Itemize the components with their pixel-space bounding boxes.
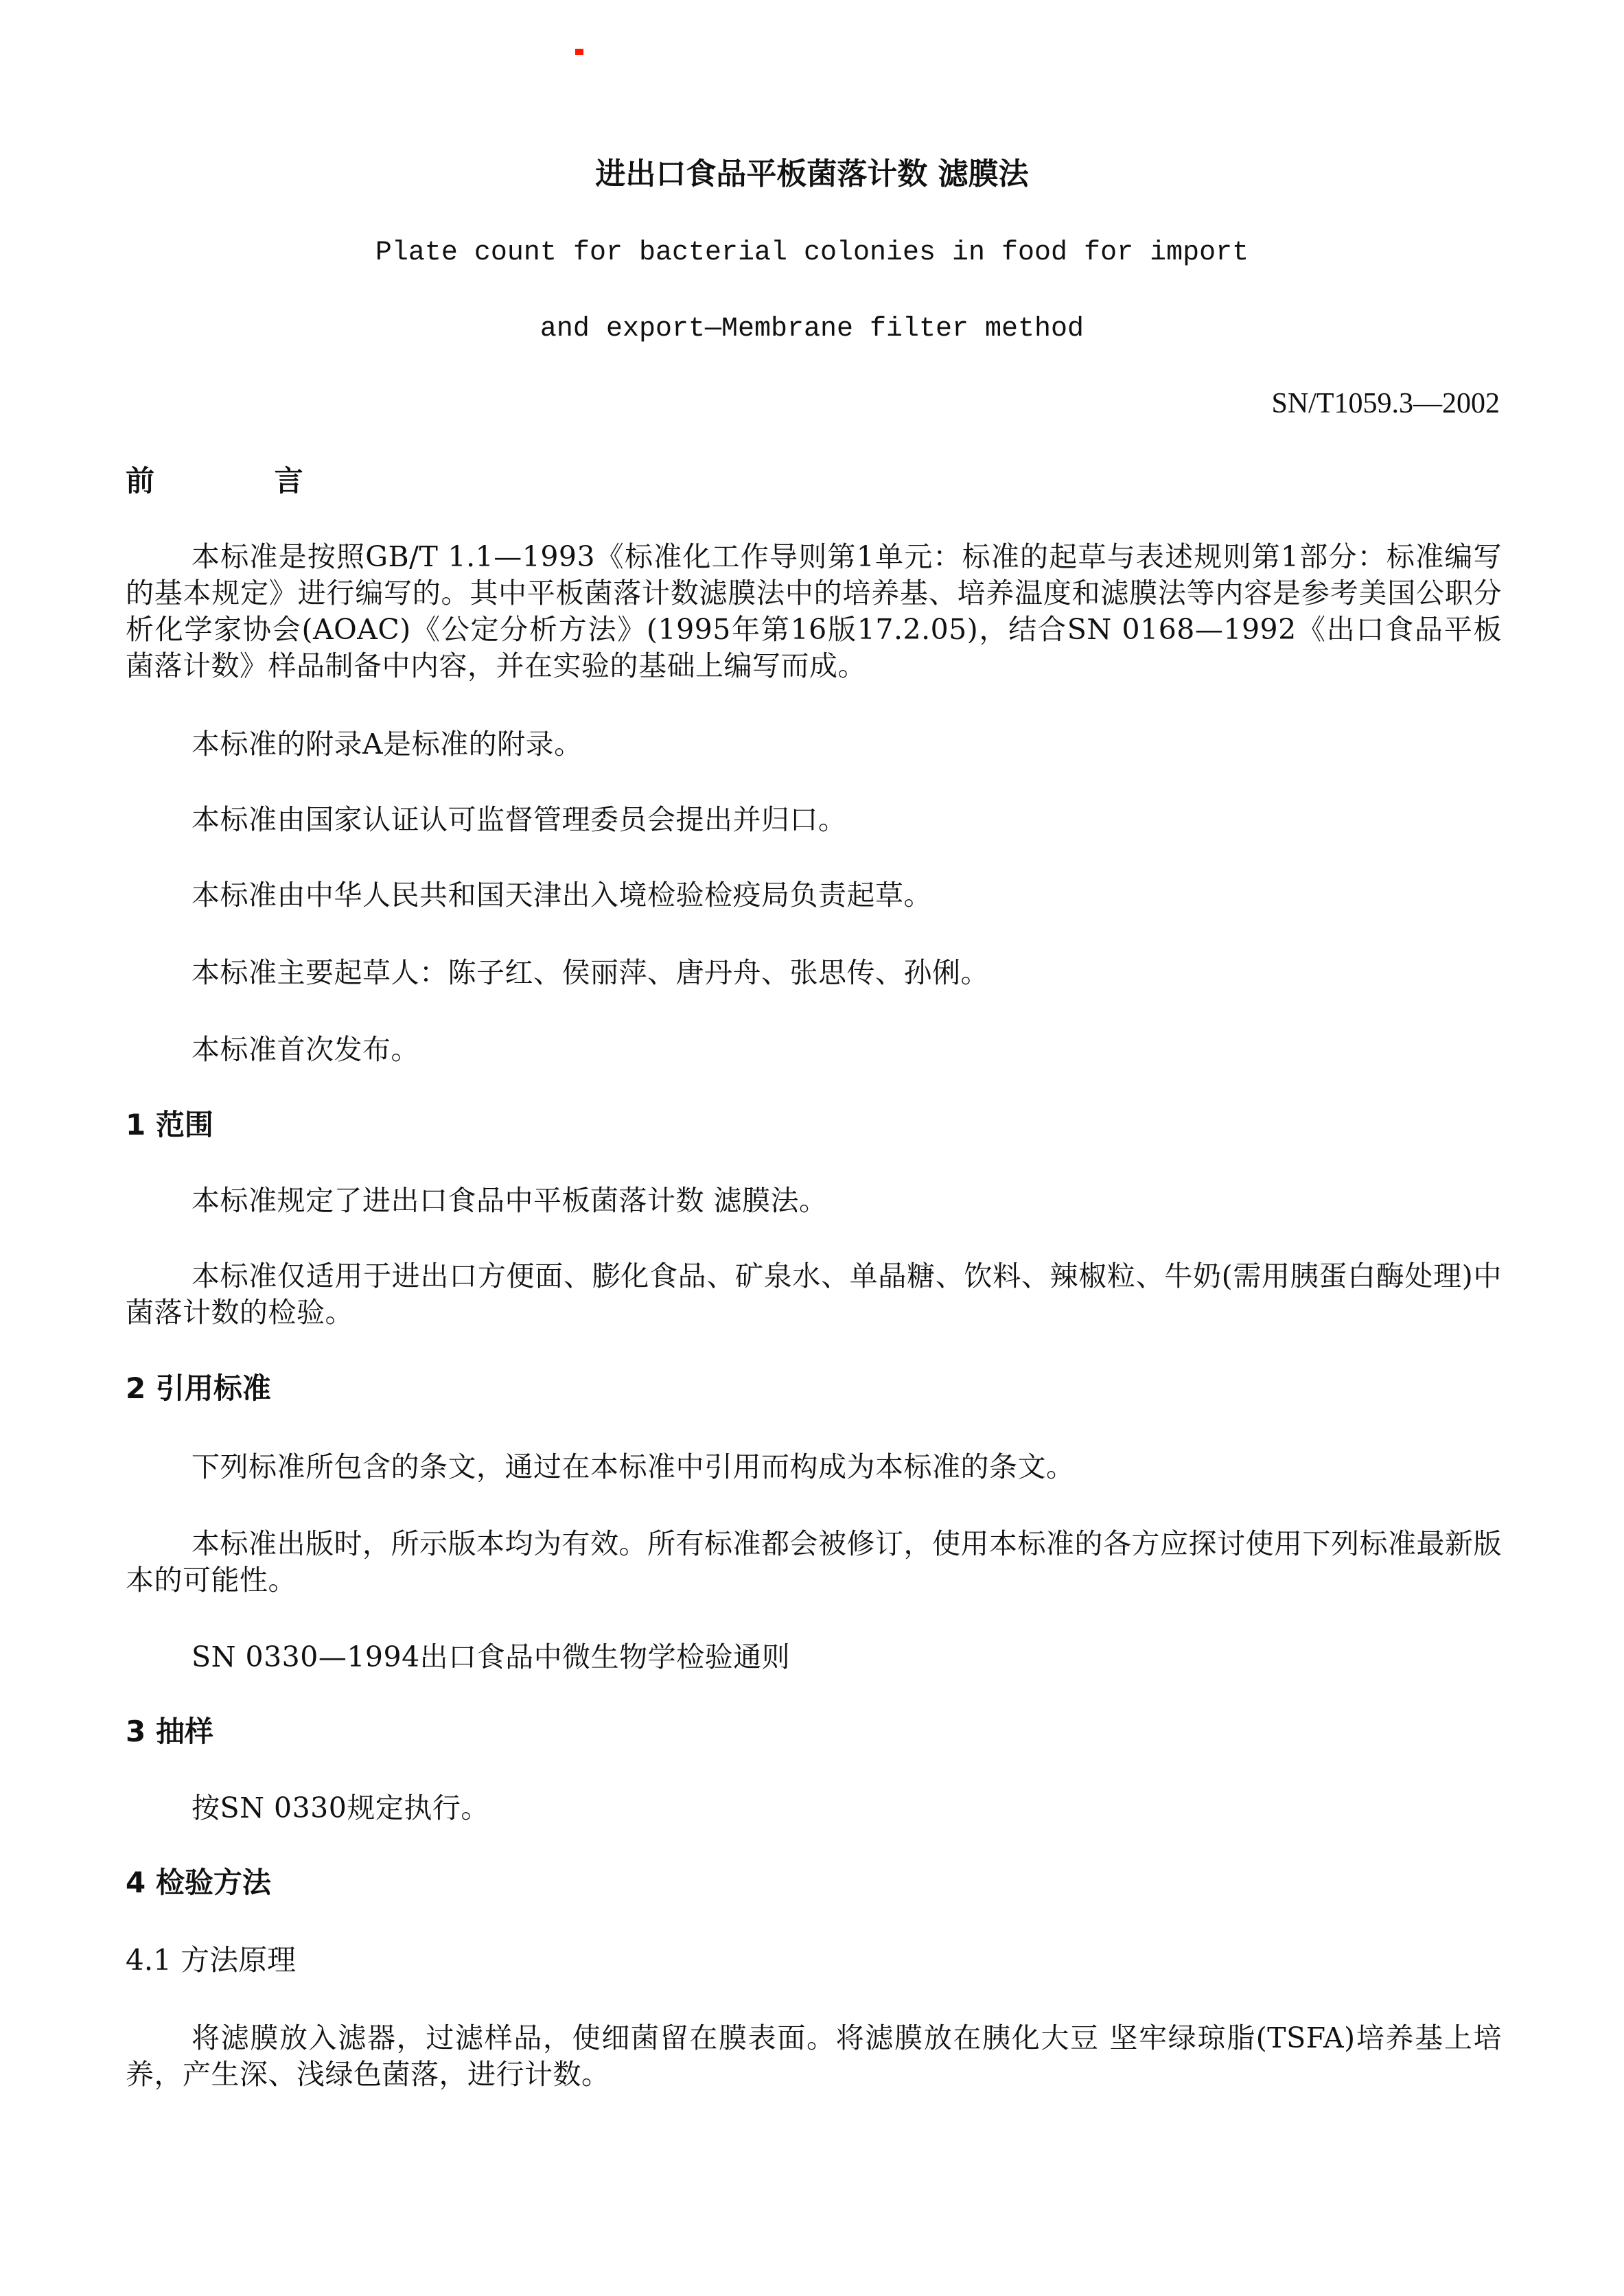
section-2-paragraph-1: 下列标准所包含的条文，通过在本标准中引用而构成为本标准的条文。 — [126, 1449, 1502, 1485]
foreword-paragraph-5: 本标准主要起草人：陈子红、侯丽萍、唐丹舟、张思传、孙俐。 — [126, 955, 1502, 991]
foreword-paragraph-6: 本标准首次发布。 — [126, 1032, 1502, 1068]
document-title-zh: 进出口食品平板菌落计数 滤膜法 — [0, 156, 1624, 192]
section-1-paragraph-1: 本标准规定了进出口食品中平板菌落计数 滤膜法。 — [126, 1183, 1502, 1219]
standard-number: SN/T1059.3—2002 — [1271, 387, 1500, 420]
foreword-paragraph-4: 本标准由中华人民共和国天津出入境检验检疫局负责起草。 — [126, 877, 1502, 914]
document-title-en-line2: and export—Membrane filter method — [0, 313, 1624, 346]
section-2-reference: SN 0330—1994出口食品中微生物学检验通则 — [126, 1639, 1502, 1675]
section-1-heading: 1 范围 — [126, 1108, 213, 1142]
section-4-1-heading: 4.1 方法原理 — [126, 1943, 296, 1978]
section-3-paragraph-1: 按SN 0330规定执行。 — [126, 1790, 1502, 1827]
foreword-heading-text: 前 言 — [126, 464, 358, 498]
foreword-heading: 前 言 — [126, 464, 358, 498]
red-mark — [575, 49, 583, 55]
section-2-paragraph-2: 本标准出版时，所示版本均为有效。所有标准都会被修订，使用本标准的各方应探讨使用下… — [126, 1526, 1502, 1599]
foreword-paragraph-2: 本标准的附录A是标准的附录。 — [126, 726, 1502, 763]
section-4-heading: 4 检验方法 — [126, 1866, 271, 1900]
section-1-paragraph-2: 本标准仅适用于进出口方便面、膨化食品、矿泉水、单晶糖、饮料、辣椒粒、牛奶(需用胰… — [126, 1258, 1502, 1331]
section-4-1-paragraph-1: 将滤膜放入滤器，过滤样品，使细菌留在膜表面。将滤膜放在胰化大豆 坚牢绿琼脂(TS… — [126, 2020, 1502, 2093]
section-3-heading: 3 抽样 — [126, 1715, 213, 1749]
foreword-paragraph-3: 本标准由国家认证认可监督管理委员会提出并归口。 — [126, 802, 1502, 838]
section-2-heading: 2 引用标准 — [126, 1371, 271, 1406]
document-title-en-line1: Plate count for bacterial colonies in fo… — [0, 237, 1624, 270]
foreword-paragraph-1: 本标准是按照GB/T 1.1—1993《标准化工作导则第1单元：标准的起草与表述… — [126, 539, 1502, 684]
